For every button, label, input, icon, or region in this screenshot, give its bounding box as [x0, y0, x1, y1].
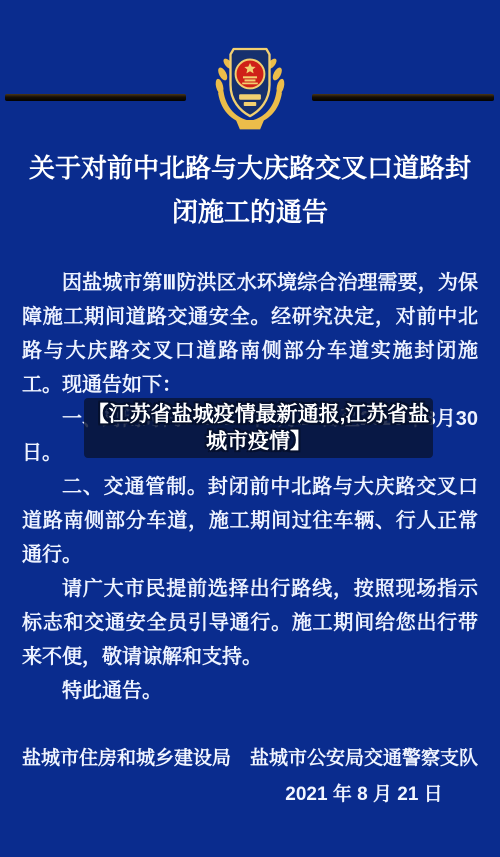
notice-footer: 盐城市住房和城乡建设局 盐城市公安局交通警察支队 2021 年 8 月 21 日 — [22, 744, 478, 810]
notice-date: 2021 年 8 月 21 日 — [250, 780, 478, 810]
decorative-line-right-icon — [312, 94, 494, 101]
watermark-text: 【江苏省盐城疫情最新通报,江苏省盐城市疫情】 — [84, 401, 433, 455]
notice-paragraph-4: 请广大市民提前选择出行路线，按照现场指示标志和交通安全员引导通行。施工期间给您出… — [22, 572, 478, 674]
notice-body: 因盐城市第Ⅲ防洪区水环境综合治理需要，为保障施工期间道路交通安全。经研究决定，对… — [22, 266, 478, 708]
agency-right-block: 盐城市公安局交通警察支队 2021 年 8 月 21 日 — [250, 744, 478, 810]
notice-paragraph-1: 因盐城市第Ⅲ防洪区水环境综合治理需要，为保障施工期间道路交通安全。经研究决定，对… — [22, 266, 478, 402]
agency-right: 盐城市公安局交通警察支队 — [250, 744, 478, 774]
decorative-line-left-icon — [5, 94, 186, 101]
notice-title: 关于对前中北路与大庆路交叉口道路封闭施工的通告 — [22, 146, 478, 234]
notice-paragraph-5: 特此通告。 — [22, 674, 478, 708]
police-badge-icon — [211, 44, 289, 132]
notice-poster: 关于对前中北路与大庆路交叉口道路封闭施工的通告 因盐城市第Ⅲ防洪区水环境综合治理… — [0, 0, 500, 857]
watermark-overlay: 【江苏省盐城疫情最新通报,江苏省盐城市疫情】 — [84, 398, 433, 458]
agency-left: 盐城市住房和城乡建设局 — [22, 744, 231, 774]
notice-paragraph-3: 二、交通管制。封闭前中北路与大庆路交叉口道路南侧部分车道，施工期间过往车辆、行人… — [22, 470, 478, 572]
